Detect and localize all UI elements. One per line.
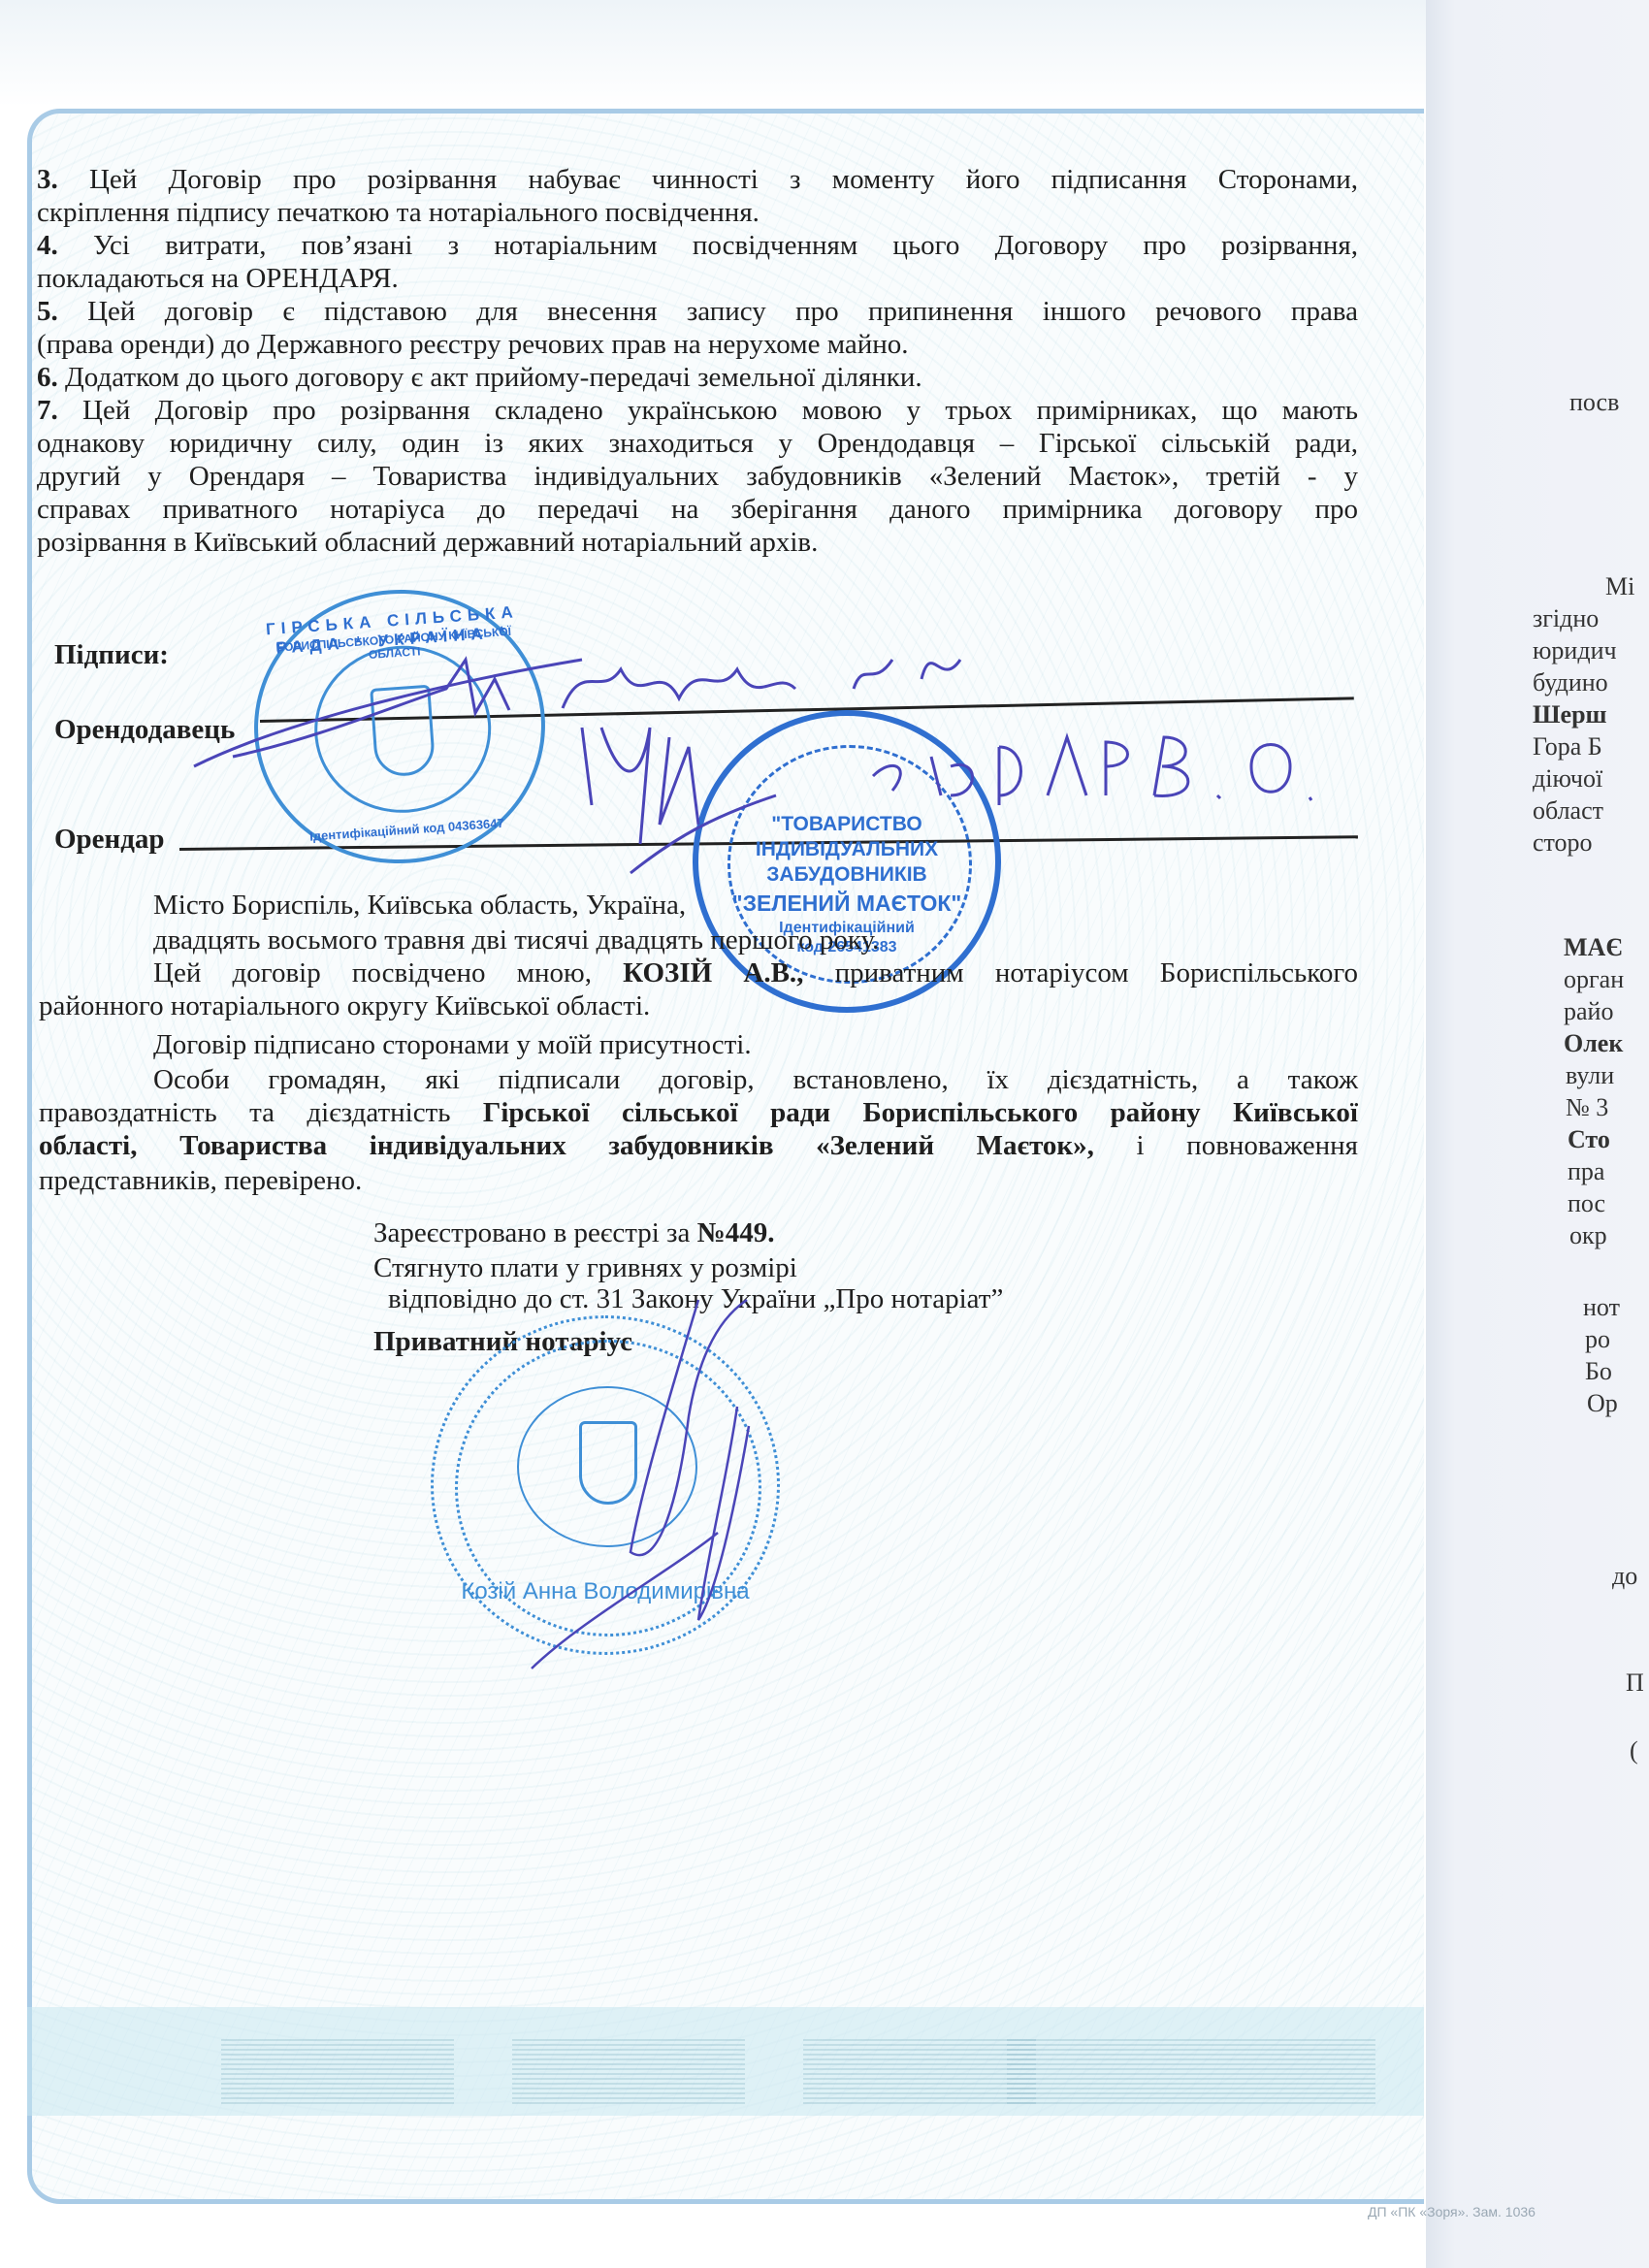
clause-text: Усі витрати, пов’язані з нотаріальним по… xyxy=(93,230,1358,261)
clause-number: 7. xyxy=(37,395,58,426)
notary-certified-line-2: районного нотаріального округу Київської… xyxy=(39,989,650,1022)
clause-3: 3. Цей Договір про розірвання набуває чи… xyxy=(37,163,1358,229)
clause-7: 7. Цей Договір про розірвання складено у… xyxy=(37,394,1358,559)
clause-text: однакову юридичну силу, один із яких зна… xyxy=(37,428,1358,459)
registry-number: №449. xyxy=(697,1217,775,1248)
certified-suffix: приватним нотаріусом Бориспільського xyxy=(835,957,1358,988)
identity-prefix: правоздатність та дієздатність xyxy=(39,1097,451,1128)
clause-text: другий у Орендаря – Товариства індивідуа… xyxy=(37,461,1358,492)
identity-bold: області, Товариства індивідуальних забуд… xyxy=(39,1130,1094,1161)
adjacent-page xyxy=(1426,0,1649,2268)
clause-4: 4. Усі витрати, пов’язані з нотаріальним… xyxy=(37,229,1358,295)
notary-signature xyxy=(524,1300,815,1688)
security-band-block xyxy=(1007,2036,1375,2104)
notary-place: Місто Бориспіль, Київська область, Украї… xyxy=(153,889,686,922)
notary-identity-line-1: Особи громадян, які підписали договір, в… xyxy=(153,1063,1358,1096)
clause-6: 6. Додатком до цього договору є акт прий… xyxy=(37,361,1358,394)
notary-certified-line: Цей договір посвідчено мною, КОЗІЙ А.В.,… xyxy=(153,956,1358,989)
clause-text: (права оренди) до Державного реєстру реч… xyxy=(37,329,909,360)
notary-signed-presence: Договір підписано сторонами у моїй прису… xyxy=(153,1028,752,1061)
scan-top-margin xyxy=(0,0,1426,107)
notary-identity-line-2: правоздатність та дієздатність Гірської … xyxy=(39,1096,1358,1129)
registry-line: Зареєстровано в реєстрі за №449. xyxy=(373,1216,775,1249)
clause-5: 5. Цей договір є підставою для внесення … xyxy=(37,295,1358,361)
clause-text: справах приватного нотаріуса до передачі… xyxy=(37,494,1358,525)
clause-text: покладаються на ОРЕНДАРЯ. xyxy=(37,263,399,294)
security-band-block xyxy=(512,2036,745,2104)
clause-number: 5. xyxy=(37,296,58,327)
security-band-block xyxy=(221,2036,454,2104)
clause-number: 3. xyxy=(37,164,58,195)
notary-identity-line-4: представників, перевірено. xyxy=(39,1164,362,1197)
clause-text: скріплення підпису печаткою та нотаріаль… xyxy=(37,197,760,228)
printer-mark: ДП «ПК «Зоря». Зам. 1036 xyxy=(1368,2204,1536,2219)
security-band xyxy=(27,2007,1424,2116)
clause-text: Додатком до цього договору є акт прийому… xyxy=(65,362,922,393)
clause-text: Цей Договір про розірвання складено укра… xyxy=(82,395,1358,426)
fee-line-1: Стягнуто плати у гривнях у розмірі xyxy=(373,1251,797,1284)
certified-prefix: Цей договір посвідчено мною, xyxy=(153,957,592,988)
clause-text: розірвання в Київський обласний державни… xyxy=(37,527,818,558)
stamp-line: "ЗЕЛЕНИЙ МАЄТОК" xyxy=(698,891,995,917)
clause-number: 6. xyxy=(37,362,58,393)
lessee-label: Орендар xyxy=(54,823,165,856)
registry-prefix: Зареєстровано в реєстрі за xyxy=(373,1217,690,1248)
identity-suffix: і повноваження xyxy=(1137,1130,1358,1161)
security-band-block xyxy=(803,2036,1036,2104)
clause-text: Цей договір є підставою для внесення зап… xyxy=(87,296,1358,327)
notary-name: КОЗІЙ А.В., xyxy=(623,957,803,988)
identity-bold: Гірської сільської ради Бориспільського … xyxy=(483,1097,1358,1128)
handwritten-signatures xyxy=(175,621,1387,873)
identity-text: Особи громадян, які підписали договір, в… xyxy=(153,1063,1358,1096)
clause-text: Цей Договір про розірвання набуває чинно… xyxy=(89,164,1358,195)
notary-date: двадцять восьмого травня дві тисячі двад… xyxy=(153,923,879,956)
notary-identity-line-3: області, Товариства індивідуальних забуд… xyxy=(39,1129,1358,1162)
clause-number: 4. xyxy=(37,230,58,261)
signatures-heading: Підписи: xyxy=(54,638,169,671)
